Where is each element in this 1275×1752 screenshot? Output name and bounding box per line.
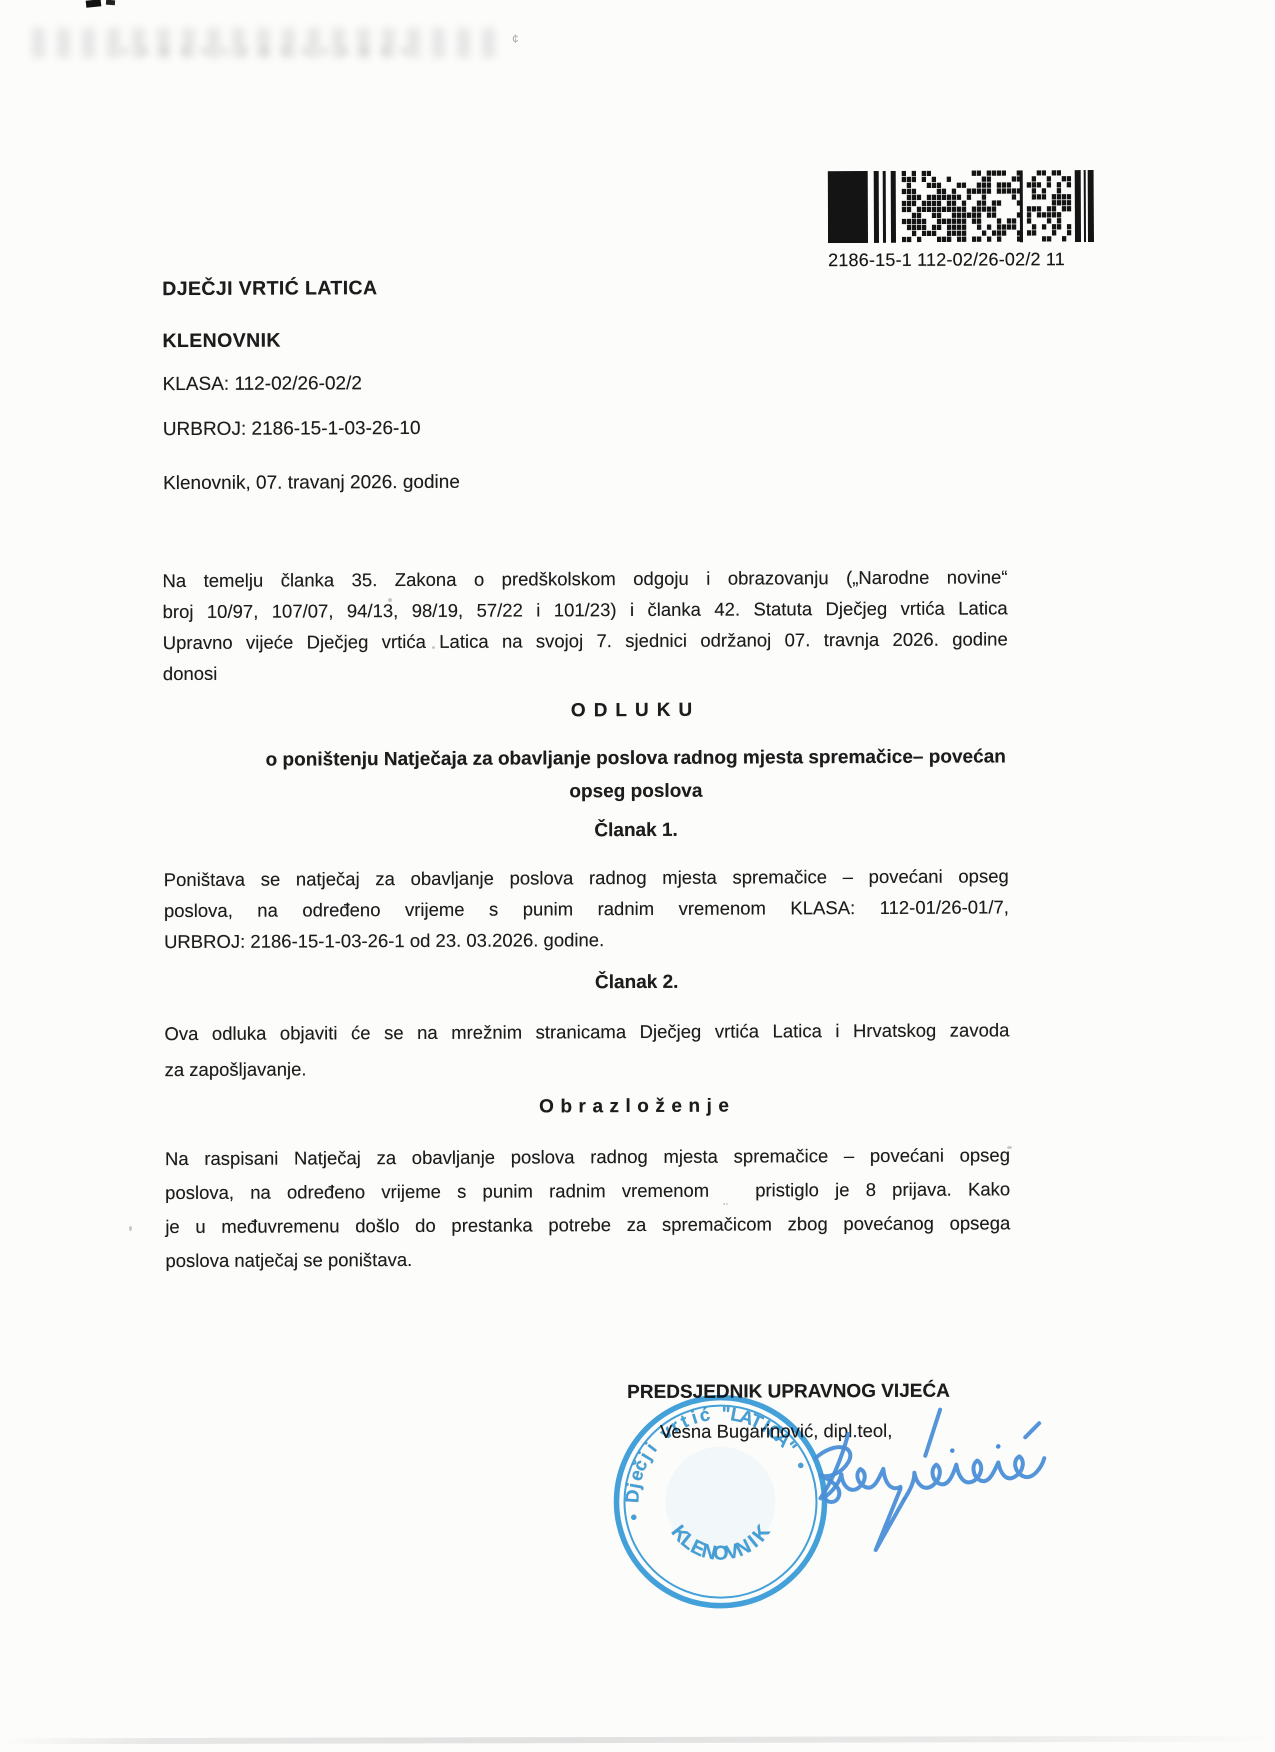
text-line: Na raspisani Natječaj za obavljanje posl… [165, 1138, 1010, 1176]
decision-subtitle: o poništenju Natječaja za obavljanje pos… [163, 740, 1108, 810]
text-line: donosi [163, 654, 1008, 689]
date-line: Klenovnik, 07. travanj 2026. godine [163, 472, 460, 495]
signature-slash-stroke [925, 1410, 940, 1456]
article2-heading: Članak 2. [164, 970, 1109, 996]
rationale-paragraph: Na raspisani Natječaj za obavljanje posl… [165, 1138, 1011, 1278]
rationale-heading: Obrazloženje [165, 1094, 1110, 1120]
text-line: poslova, na određeno vrijeme s punim rad… [165, 1172, 1010, 1210]
org-name: DJEČJI VRTIĆ LATICA [162, 277, 459, 300]
text-line: broj 10/97, 107/07, 94/13, 98/19, 57/22 … [163, 592, 1008, 627]
signature-stroke [815, 1447, 850, 1502]
urbroj-line: URBROJ: 2186-15-1-03-26-10 [163, 418, 460, 441]
text-line: opseg poslova [163, 773, 1108, 810]
signature-i-dot [996, 1444, 1001, 1449]
signature-stroke [875, 1489, 904, 1550]
text-line: URBROJ: 2186-15-1-03-26-1 od 23. 03.2026… [164, 922, 1009, 957]
text-line: Upravno vijeće Dječjeg vrtića Latica na … [163, 623, 1008, 658]
svg-text:D: D [621, 1489, 643, 1504]
text-line: poslova, na određeno vrijeme s punim rad… [164, 891, 1009, 926]
intro-paragraph: Na temelju članka 35. Zakona o predškols… [162, 561, 1008, 689]
text-line: Poništava se natječaj za obavljanje posl… [164, 860, 1009, 895]
article1-heading: Članak 1. [164, 818, 1109, 844]
official-stamp: • Dječji vrtić "LATICA" • KLENOVNIK [604, 1385, 837, 1618]
scanned-document-page: ¢ 2186-15-1 112-02/26-02/2 11 DJEČJI VRT… [0, 0, 1275, 1752]
text-segment: pristiglo je 8 prijava. Kako [755, 1178, 1010, 1200]
article1-paragraph: Poništava se natječaj za obavljanje posl… [164, 860, 1009, 957]
signature-i-dot [950, 1448, 955, 1453]
article2-paragraph: Ova odluka objaviti će se na mrežnim str… [164, 1012, 1009, 1088]
barcode-caption: 2186-15-1 112-02/26-02/2 11 [828, 249, 1094, 271]
text-line: za zapošljavanje. [165, 1048, 1010, 1088]
barcode-block: 2186-15-1 112-02/26-02/2 11 [828, 170, 1094, 271]
signature-accent-stroke [1025, 1423, 1039, 1437]
text-line: o poništenju Natječaja za obavljanje pos… [163, 740, 1108, 777]
text-line: Ova odluka objaviti će se na mrežnim str… [164, 1012, 1009, 1052]
text-line: Na temelju članka 35. Zakona o predškols… [162, 561, 1007, 596]
decision-title: ODLUKU [163, 698, 1108, 724]
klasa-line: KLASA: 112-02/26-02/2 [163, 373, 460, 396]
text-line: poslova natječaj se poništava. [165, 1240, 1010, 1278]
signature-stroke [904, 1456, 1044, 1499]
signature-autograph [803, 1403, 1074, 1564]
org-place: KLENOVNIK [162, 329, 459, 352]
pdf417-barcode [828, 170, 1094, 243]
document-content: 2186-15-1 112-02/26-02/2 11 DJEČJI VRTIĆ… [0, 0, 1275, 1752]
text-line: je u međuvremenu došlo do prestanka potr… [165, 1206, 1010, 1244]
whiteout-smudge: ¨ [723, 1193, 728, 1227]
text-segment: poslova, na određeno vrijeme s punim rad… [165, 1180, 709, 1203]
letterhead: DJEČJI VRTIĆ LATICA KLENOVNIK KLASA: 112… [162, 277, 460, 495]
